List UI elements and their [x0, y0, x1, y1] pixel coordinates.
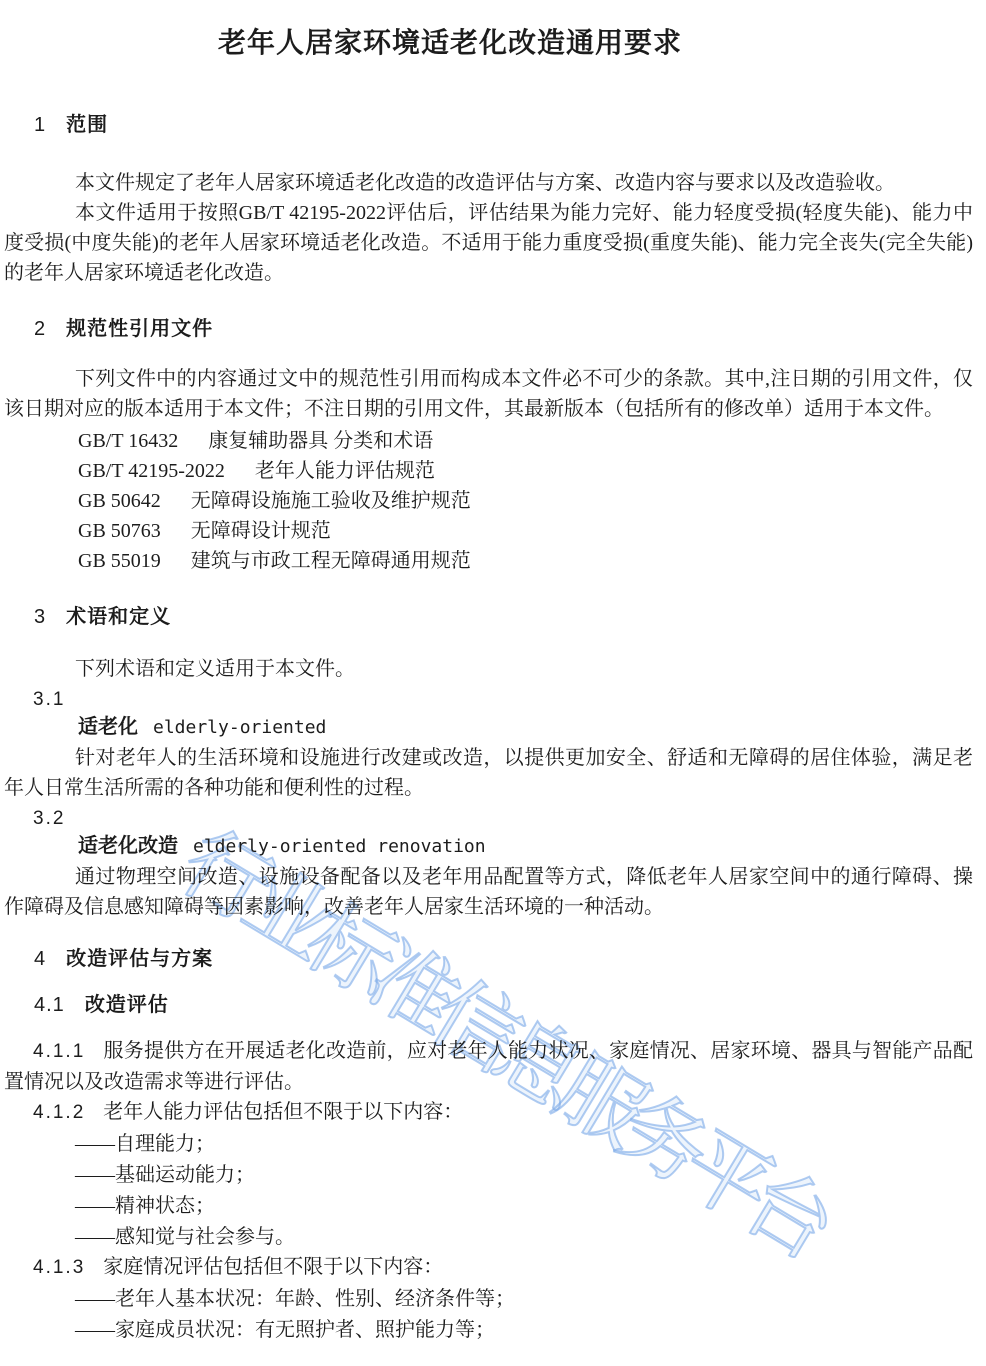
section-4-1-number: 4.1 [34, 994, 65, 1016]
term-2-definition: 通过物理空间改造、设施设备配备以及老年用品配置等方式，降低老年人居家空间中的通行… [0, 862, 986, 922]
section-3-heading: 3术语和定义 [0, 604, 986, 630]
term-2-name-zh: 适老化改造 [78, 835, 178, 857]
section-4-title: 改造评估与方案 [66, 948, 213, 970]
scope-paragraph-2: 本文件适用于按照GB/T 42195-2022评估后，评估结果为能力完好、能力轻… [0, 198, 986, 288]
reference-title: 康复辅助器具 分类和术语 [208, 430, 433, 452]
reference-code: GB/T 16432 [78, 430, 178, 452]
section-2-title: 规范性引用文件 [66, 318, 213, 340]
term-1-name: 适老化elderly-oriented [0, 712, 986, 743]
clause-4-1-2: 4.1.2老年人能力评估包括但不限于以下内容： [0, 1097, 986, 1128]
section-4-1-heading: 4.1改造评估 [0, 992, 986, 1018]
list-item: ——精神状态； [0, 1191, 986, 1221]
document-title: 老年人居家环境适老化改造通用要求 [0, 26, 900, 60]
reference-title: 老年人能力评估规范 [255, 460, 435, 482]
term-1-definition: 针对老年人的生活环境和设施进行改建或改造，以提供更加安全、舒适和无障碍的居住体验… [0, 743, 986, 803]
term-2-name-en: elderly-oriented renovation [193, 836, 486, 857]
section-2-heading: 2规范性引用文件 [0, 316, 986, 342]
section-1-heading: 1范围 [0, 112, 986, 138]
reference-item: GB 50763无障碍设计规范 [0, 516, 986, 546]
standard-document-page: 行业标准信息服务平台 老年人居家环境适老化改造通用要求 1范围 本文件规定了老年… [0, 0, 986, 1366]
clause-4-1-1: 4.1.1服务提供方在开展适老化改造前，应对老年人能力状况、家庭情况、居家环境、… [0, 1036, 986, 1097]
scope-paragraph-1: 本文件规定了老年人居家环境适老化改造的改造评估与方案、改造内容与要求以及改造验收… [0, 168, 986, 198]
section-1-title: 范围 [66, 114, 108, 136]
list-item: ——感知觉与社会参与。 [0, 1222, 986, 1252]
list-item: ——自理能力； [0, 1129, 986, 1159]
reference-code: GB 50642 [78, 490, 161, 512]
term-2-number: 3.2 [0, 807, 986, 831]
clause-4-1-2-number: 4.1.2 [33, 1102, 85, 1123]
term-2-name: 适老化改造elderly-oriented renovation [0, 831, 986, 862]
term-1-name-en: elderly-oriented [153, 717, 326, 738]
clause-4-1-3-text: 家庭情况评估包括但不限于以下内容： [103, 1256, 443, 1278]
clause-4-1-3: 4.1.3家庭情况评估包括但不限于以下内容： [0, 1252, 986, 1283]
section-3-number: 3 [34, 606, 46, 628]
section-1-number: 1 [34, 114, 46, 136]
reference-item: GB 50642无障碍设施施工验收及维护规范 [0, 486, 986, 516]
reference-title: 建筑与市政工程无障碍通用规范 [191, 550, 471, 572]
reference-code: GB/T 42195-2022 [78, 460, 225, 482]
section-3-title: 术语和定义 [66, 606, 171, 628]
reference-item: GB/T 16432康复辅助器具 分类和术语 [0, 426, 986, 456]
reference-code: GB 55019 [78, 550, 161, 572]
term-1-name-zh: 适老化 [78, 716, 138, 738]
reference-item: GB/T 42195-2022老年人能力评估规范 [0, 456, 986, 486]
reference-title: 无障碍设施施工验收及维护规范 [191, 490, 471, 512]
clause-4-1-2-text: 老年人能力评估包括但不限于以下内容： [103, 1101, 463, 1123]
references-intro: 下列文件中的内容通过文中的规范性引用而构成本文件必不可少的条款。其中,注日期的引… [0, 364, 986, 424]
reference-title: 无障碍设计规范 [191, 520, 331, 542]
clause-4-1-1-number: 4.1.1 [33, 1041, 85, 1062]
list-item: ——基础运动能力； [0, 1160, 986, 1190]
clause-4-1-1-text: 服务提供方在开展适老化改造前，应对老年人能力状况、家庭情况、居家环境、器具与智能… [4, 1040, 973, 1093]
list-item: ——老年人基本状况：年龄、性别、经济条件等； [0, 1284, 986, 1314]
list-item: ——家庭成员状况：有无照护者、照护能力等； [0, 1315, 986, 1345]
references-list: GB/T 16432康复辅助器具 分类和术语 GB/T 42195-2022老年… [0, 426, 986, 576]
reference-item: GB 55019建筑与市政工程无障碍通用规范 [0, 546, 986, 576]
section-4-1-title: 改造评估 [85, 994, 169, 1016]
section-2-number: 2 [34, 318, 46, 340]
clause-4-1-3-number: 4.1.3 [33, 1257, 85, 1278]
section-4-number: 4 [34, 948, 46, 970]
document-content: 老年人居家环境适老化改造通用要求 1范围 本文件规定了老年人居家环境适老化改造的… [0, 26, 986, 1345]
terms-intro: 下列术语和定义适用于本文件。 [0, 654, 986, 684]
reference-code: GB 50763 [78, 520, 161, 542]
section-4-heading: 4改造评估与方案 [0, 946, 986, 972]
term-1-number: 3.1 [0, 688, 986, 712]
